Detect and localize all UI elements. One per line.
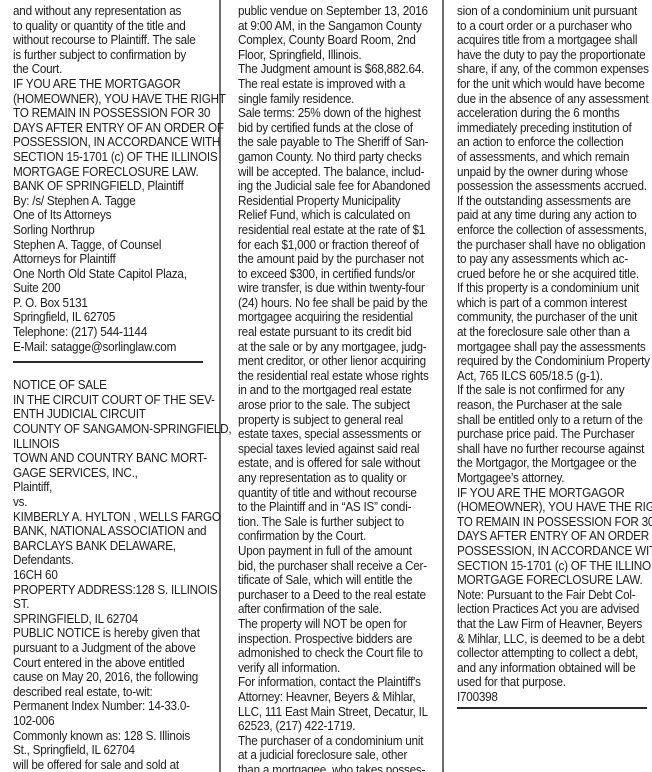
text-line: cause on May 20, 2016, the following (13, 670, 203, 685)
text-line: & Mihlar, LLC, is deemed to be a debt (457, 632, 648, 647)
text-line: (HOMEOWNER), YOU HAVE THE RIGHT (457, 500, 648, 515)
text-line: mortgagee acquiring the residential (238, 310, 437, 325)
text-line: Mortgagee’s attorney. (457, 471, 648, 486)
text-line: without recourse to Plaintiff. The sale (13, 33, 203, 48)
text-line: paid at any time during any action to (457, 208, 648, 223)
text-line: Relief Fund, which is calculated on (238, 208, 437, 223)
text-line: (HOMEOWNER), YOU HAVE THE RIGHT (13, 92, 203, 107)
text-line: MORTGAGE FORECLOSURE LAW. (13, 165, 203, 180)
text-line: bid by certified funds at the close of (238, 121, 437, 136)
text-line: ST. (13, 597, 203, 612)
legal-notices-page: and without any representation asto qual… (0, 0, 652, 772)
text-line: the sale payable to The Sheriff of San- (238, 135, 437, 150)
text-line: MORTGAGE FORECLOSURE LAW. (457, 573, 648, 588)
text-line: Springfield, IL 62705 (13, 310, 203, 325)
text-line: SECTION 15-1701 (c) OF THE ILLINOIS (457, 559, 648, 574)
text-line: described real estate, to-wit: (13, 685, 203, 700)
text-line: residential real estate at the rate of $… (238, 223, 437, 238)
text-line: 16CH 60 (13, 568, 203, 583)
text-line: If the outstanding assessments are (457, 194, 648, 209)
text-line: Note: Pursuant to the Fair Debt Col- (457, 588, 648, 603)
text-line: due in the absence of any assessment (457, 92, 648, 107)
text-line: 62523, (217) 422-1719. (238, 719, 437, 734)
text-line: LLC, 111 East Main Street, Decatur, IL (238, 705, 437, 720)
text-line: Plaintiff, (13, 480, 203, 495)
notice-end-rule (457, 707, 647, 709)
text-line: One of Its Attorneys (13, 208, 203, 223)
text-line: the purchaser shall have no obligation (457, 238, 648, 253)
text-line: BARCLAYS BANK DELAWARE, (13, 539, 203, 554)
text-line: PUBLIC NOTICE is hereby given that (13, 626, 203, 641)
text-line: than a mortgagee, who takes posses- (238, 763, 437, 772)
text-line: ment creditor, or other lienor acquiring (238, 354, 437, 369)
text-line: tion. The Sale is further subject to (238, 515, 437, 530)
text-line: for each $1,000 or fraction thereof of (238, 238, 437, 253)
text-line: unpaid by the owner during whose (457, 165, 648, 180)
text-line: DAYS AFTER ENTRY OF AN ORDER OF (13, 121, 203, 136)
text-line: to a court order or a purchaser who (457, 19, 648, 34)
text-line: BANK OF SPRINGFIELD, Plaintiff (13, 179, 203, 194)
text-line: acquires title from a mortgagee shall (457, 33, 648, 48)
text-line: the amount paid by the purchaser not (238, 252, 437, 267)
text-line: The purchaser of a condominium unit (238, 734, 437, 749)
text-line: inspection. Prospective bidders are (238, 632, 437, 647)
text-line: 102-006 (13, 714, 203, 729)
text-line: the Court. (13, 62, 203, 77)
text-line: enforce the collection of assessments, (457, 223, 648, 238)
text-line: for the unit which would have become (457, 77, 648, 92)
text-line: is further subject to confirmation by (13, 48, 203, 63)
text-line: P. O. Box 5131 (13, 296, 203, 311)
column-divider (442, 0, 444, 772)
text-line: Stephen A. Tagge, of Counsel (13, 238, 203, 253)
text-line: If this property is a condominium unit (457, 281, 648, 296)
text-line: in and to the mortgaged real estate (238, 383, 437, 398)
text-line: and any information obtained will be (457, 661, 648, 676)
text-line: purchase price paid. The Purchaser (457, 427, 648, 442)
notice-continuation-bank-of-springfield: and without any representation asto qual… (13, 4, 203, 354)
text-line: will be accepted. The balance, includ- (238, 165, 437, 180)
text-line: Court entered in the above entitled (13, 656, 203, 671)
text-line: public vendue on September 13, 2016 (238, 4, 437, 19)
text-line: at the foreclosure sale other than a (457, 325, 648, 340)
text-line: that the Law Firm of Heavner, Beyers (457, 617, 648, 632)
text-line: the residential real estate whose rights (238, 369, 437, 384)
text-line: tificate of Sale, which will entitle the (238, 573, 437, 588)
column-1: and without any representation asto qual… (13, 4, 203, 772)
text-line: SECTION 15-1701 (c) OF THE ILLINOIS (13, 150, 203, 165)
text-line: at a judicial foreclosure sale, other (238, 748, 437, 763)
notice-separator-rule (13, 361, 203, 363)
text-line: IF YOU ARE THE MORTGAGOR (457, 486, 648, 501)
text-line: property is subject to general real (238, 413, 437, 428)
text-line: (24) hours. No fee shall be paid by the (238, 296, 437, 311)
text-line: special taxes levied against said real (238, 442, 437, 457)
text-line: I700398 (457, 690, 648, 705)
text-line: acceleration during the 6 months (457, 106, 648, 121)
text-line: share, if any, of the common expenses (457, 62, 648, 77)
text-line: possession the assessments accrued. (457, 179, 648, 194)
text-line: BANK, NATIONAL ASSOCIATION and (13, 524, 203, 539)
text-line: TO REMAIN IN POSSESSION FOR 30 (13, 106, 203, 121)
text-line: collector attempting to collect a debt, (457, 646, 648, 661)
text-line: Attorneys for Plaintiff (13, 252, 203, 267)
text-line: POSSESSION, IN ACCORDANCE WITH (457, 544, 648, 559)
text-line: an action to enforce the collection (457, 135, 648, 150)
text-line: at 9:00 AM, in the Sangamon County (238, 19, 437, 34)
text-line: For information, contact the Plaintiff's (238, 675, 437, 690)
text-line: pursuant to a Judgment of the above (13, 641, 203, 656)
text-line: bid, the purchaser shall receive a Cer- (238, 559, 437, 574)
text-line: COUNTY OF SANGAMON-SPRINGFIELD, (13, 422, 203, 437)
text-line: Upon payment in full of the amount (238, 544, 437, 559)
text-line: to exceed $300, in certified funds/or (238, 267, 437, 282)
text-line: reason, the Purchaser at the sale (457, 398, 648, 413)
text-line: Defendants. (13, 553, 203, 568)
text-line: Floor, Springfield, Illinois. (238, 48, 437, 63)
text-line: Act, 765 ILCS 605/18.5 (g-1). (457, 369, 648, 384)
text-line: Sale terms: 25% down of the highest (238, 106, 437, 121)
column-2: public vendue on September 13, 2016at 9:… (238, 4, 437, 772)
text-line: and without any representation as (13, 4, 203, 19)
text-line: GAGE SERVICES, INC., (13, 466, 203, 481)
text-line: purchaser to a Deed to the real estate (238, 588, 437, 603)
text-line: Telephone: (217) 544-1144 (13, 325, 203, 340)
text-line: shall have no further recourse against (457, 442, 648, 457)
text-line: estate, and is offered for sale without (238, 456, 437, 471)
text-line: estate taxes, special assessments or (238, 427, 437, 442)
text-line: ing the Judicial sale fee for Abandoned (238, 179, 437, 194)
text-line: will be offered for sale and sold at (13, 758, 203, 772)
notice-of-sale-continued: public vendue on September 13, 2016at 9:… (238, 4, 437, 772)
text-line: single family residence. (238, 92, 437, 107)
notice-of-sale-town-and-country: NOTICE OF SALEIN THE CIRCUIT COURT OF TH… (13, 378, 203, 772)
text-line: of assessments, and which remain (457, 150, 648, 165)
text-line: PROPERTY ADDRESS:128 S. ILLINOIS (13, 583, 203, 598)
text-line: to pay any assessments which ac- (457, 252, 648, 267)
text-line: required by the Condominium Property (457, 354, 648, 369)
text-line: community, the purchaser of the unit (457, 310, 648, 325)
text-line: IF YOU ARE THE MORTGAGOR (13, 77, 203, 92)
text-line: shall be entitled only to a return of th… (457, 413, 648, 428)
text-line: TO REMAIN IN POSSESSION FOR 30 (457, 515, 648, 530)
text-line: immediately preceding institution of (457, 121, 648, 136)
text-line: any representation as to quality or (238, 471, 437, 486)
text-line: The property will NOT be open for (238, 617, 437, 632)
text-line: NOTICE OF SALE (13, 378, 203, 393)
text-line: real estate pursuant to its credit bid (238, 325, 437, 340)
text-line: at the sale or by any mortgagee, judg- (238, 340, 437, 355)
text-line: Residential Property Municipality (238, 194, 437, 209)
text-line: Permanent Index Number: 14-33.0- (13, 699, 203, 714)
text-line: vs. (13, 495, 203, 510)
text-line: which is part of a common interest (457, 296, 648, 311)
column-divider (219, 0, 221, 772)
text-line: have the duty to pay the proportionate (457, 48, 648, 63)
text-line: ENTH JUDICIAL CIRCUIT (13, 407, 203, 422)
notice-of-sale-conclusion: sion of a condominium unit pursuantto a … (457, 4, 648, 705)
text-line: sion of a condominium unit pursuant (457, 4, 648, 19)
text-line: admonished to check the Court file to (238, 646, 437, 661)
text-line: mortgagee shall pay the assessments (457, 340, 648, 355)
text-line: Suite 200 (13, 281, 203, 296)
column-3: sion of a condominium unit pursuantto a … (457, 4, 648, 705)
text-line: confirmation by the Court. (238, 529, 437, 544)
text-line: Complex, County Board Room, 2nd (238, 33, 437, 48)
text-line: By: /s/ Stephen A. Tagge (13, 194, 203, 209)
text-line: verify all information. (238, 661, 437, 676)
text-line: Attorney: Heavner, Beyers & Mihlar, (238, 690, 437, 705)
text-line: The real estate is improved with a (238, 77, 437, 92)
text-line: The Judgment amount is $68,882.64. (238, 62, 437, 77)
text-line: arose prior to the sale. The subject (238, 398, 437, 413)
text-line: lection Practices Act you are advised (457, 602, 648, 617)
text-line: Commonly known as: 128 S. Illinois (13, 729, 203, 744)
text-line: E-Mail: satagge@sorlinglaw.com (13, 340, 203, 355)
text-line: after confirmation of the sale. (238, 602, 437, 617)
text-line: ILLINOIS (13, 437, 203, 452)
text-line: the Mortgagor, the Mortgagee or the (457, 456, 648, 471)
text-line: IN THE CIRCUIT COURT OF THE SEV- (13, 393, 203, 408)
text-line: wire transfer, is due within twenty-four (238, 281, 437, 296)
text-line: St., Springfield, IL 62704 (13, 743, 203, 758)
text-line: gamon County. No third party checks (238, 150, 437, 165)
text-line: to the Plaintiff and in “AS IS” condi- (238, 500, 437, 515)
text-line: Sorling Northrup (13, 223, 203, 238)
text-line: If the sale is not confirmed for any (457, 383, 648, 398)
text-line: crued before he or she acquired title. (457, 267, 648, 282)
text-line: POSSESSION, IN ACCORDANCE WITH (13, 135, 203, 150)
text-line: DAYS AFTER ENTRY OF AN ORDER OF (457, 529, 648, 544)
text-line: used for that purpose. (457, 675, 648, 690)
text-line: quantity of title and without recourse (238, 486, 437, 501)
text-line: to quality or quantity of the title and (13, 19, 203, 34)
text-line: One North Old State Capitol Plaza, (13, 267, 203, 282)
text-line: SPRINGFIELD, IL 62704 (13, 612, 203, 627)
text-line: TOWN AND COUNTRY BANC MORT- (13, 451, 203, 466)
text-line: KIMBERLY A. HYLTON , WELLS FARGO (13, 510, 203, 525)
